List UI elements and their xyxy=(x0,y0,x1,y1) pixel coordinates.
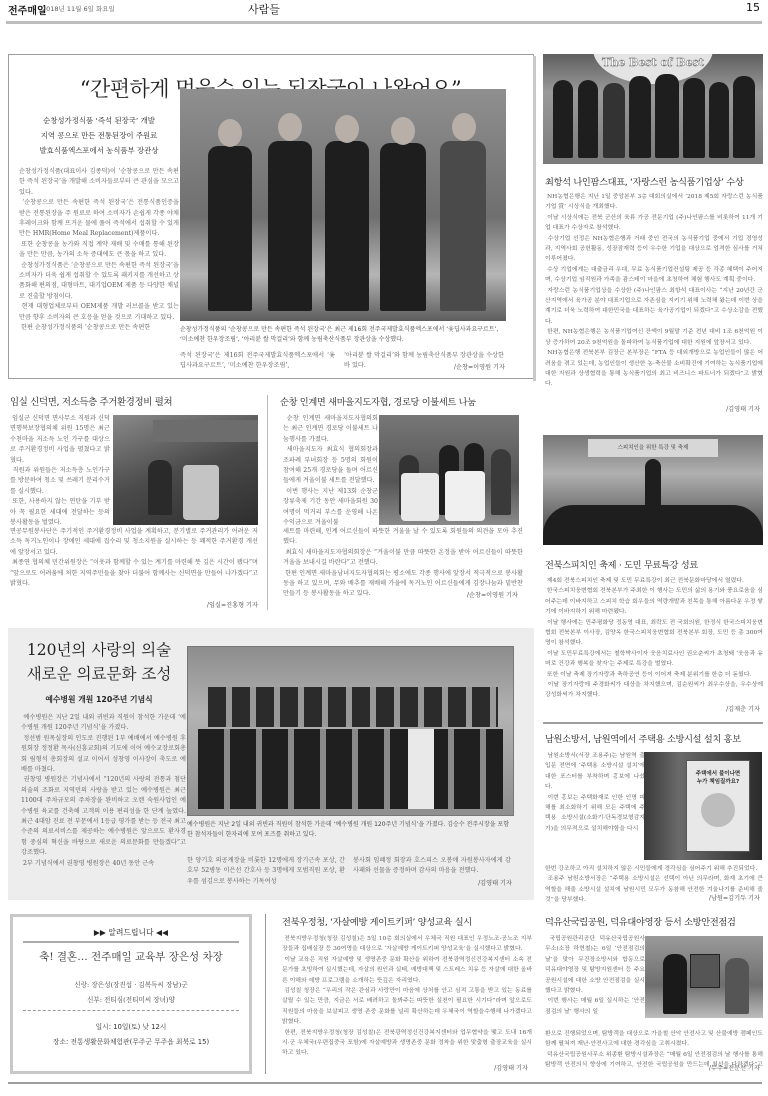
lead-body-col2: 즉석 된장국’은 제16회 전주국제발효식품엑스포에서 ‘옻딥사과요구르트’, … xyxy=(180,351,335,373)
person-head xyxy=(391,117,415,145)
poster: 주택에서 불이나면 누가 책임질까요? xyxy=(686,760,750,852)
sunchang-photo xyxy=(379,415,519,525)
group-front-row xyxy=(198,729,503,809)
lead-article: “간편하게 먹을수 있는 된장국이 나왔어요” 순창성가정식품 ‘즉석 된장국’… xyxy=(8,54,534,379)
issue-date: 2018년 11월 6일 화요일 xyxy=(42,4,115,13)
person-figure xyxy=(655,74,679,158)
lead-photo xyxy=(180,89,506,321)
hospital-headline-1: 120년의 사랑의 의술 xyxy=(8,638,190,660)
right-top-headline: 최항석 나인팜스대표, ‘자랑스런 농식품기업상’ 수상 xyxy=(545,174,765,188)
sunchang-byline: /순창=이영원 기자 xyxy=(467,590,518,599)
poster-line-2: 누가 책임질까요? xyxy=(687,777,749,785)
person-head xyxy=(278,113,302,141)
hospital-headline-2: 새로운 의료문화 조성 xyxy=(8,662,190,684)
notice-dashed-rule xyxy=(23,1010,239,1011)
white-coat-figure xyxy=(408,729,434,809)
page-number: 15 xyxy=(746,1,760,14)
imsil-byline: /임실=진홍형 기자 xyxy=(10,600,258,609)
deogyusan-byline: /무주=전문선 기자 xyxy=(709,1063,760,1072)
column-divider xyxy=(265,914,266,1074)
person-head xyxy=(335,115,359,143)
person-figure xyxy=(440,141,486,311)
paper-name: 전주매일 xyxy=(8,2,47,17)
poster-illustration xyxy=(701,793,735,827)
person-figure xyxy=(603,83,625,158)
person-figure xyxy=(578,80,598,158)
imsil-body-top: 임실군 신덕면 면사무소 직원과 신덕면행복보장협의체 위원 15명은 최근 수… xyxy=(10,414,110,526)
hospital-body: 예수병원은 지난 2일 내외 귀빈과 직원이 참석한 가운데 ‘예수병원 개원 … xyxy=(21,713,186,895)
person-figure xyxy=(491,449,511,515)
blanket-bundle xyxy=(445,471,485,521)
namwon-headline: 남원소방서, 남원역에서 주택용 소방시설 설치 홍보 xyxy=(545,731,765,745)
speech-banner-text: 스피치인을 위한 특강 및 축제 xyxy=(593,443,713,451)
speech-headline: 전북스피치인 축제 · 도민 무료특강 성료 xyxy=(545,557,765,571)
blanket-bundle xyxy=(401,473,439,521)
deogyusan-body-top: 국립공원관리공단 덕유산국립공원사무소(소장 하현철)는 6일 ‘안전점검의 날… xyxy=(545,934,645,1030)
person-head xyxy=(452,113,476,141)
person-head xyxy=(218,119,242,147)
notice-datetime: 일시: 10일(토) 낮 12시 xyxy=(13,1021,249,1031)
lead-body: 순창성가정식품(대표이사 김종덕)이 ‘순창콩으로 만든 속편한 즉석 된장국’… xyxy=(19,167,179,367)
person-figure xyxy=(380,143,426,311)
notice-title: 축! 결혼… 전주매일 교육부 장은성 차장 xyxy=(13,949,249,964)
section-title: 사람들 xyxy=(248,1,280,17)
sunchang-headline: 순창 인계면 새마을지도자협, 경로당 이불세트 나눔 xyxy=(280,394,540,408)
panel-box xyxy=(690,954,720,988)
speech-photo: 스피치인을 위한 특강 및 축제 xyxy=(543,435,763,545)
postal-body: 전북지방우정청(청장 김성칠)은 5일 10층 회의실에서 우체국 직원 대표인… xyxy=(282,934,532,1069)
imsil-photo xyxy=(113,415,258,525)
section-rule xyxy=(543,722,763,724)
hospital-body-col2: 한 양기호 의공계장을 비롯한 12명에게 장기근속 포상, 간호부 52병동 … xyxy=(187,856,345,890)
lead-subhead-3: 발효식품엑스포에서 농식품부 장관상 xyxy=(19,143,179,158)
notice-label: ▶▶ 알려드립니다 ◀◀ xyxy=(13,927,249,938)
poster-line-1: 주택에서 불이나면 xyxy=(687,769,749,777)
header-rule xyxy=(6,21,762,24)
notice-groom: 신랑: 장은성(장진섭 · 김복득씨 장남)군 xyxy=(13,979,249,989)
hospital-photo-caption: 예수병원은 지난 2일 내외 귀빈과 직원이 참석한 가운데 ‘예수병원 개원 … xyxy=(187,820,514,840)
lead-subheads: 순창성가정식품 ‘즉석 된장국’ 개발 지역 콩으로 만든 전통된장이 주원료 … xyxy=(19,113,179,158)
person-figure xyxy=(663,954,687,1014)
photo-banner-text: The Best of Best xyxy=(543,56,763,69)
person-figure xyxy=(629,76,651,158)
namwon-photo: 주택에서 불이나면 누가 책임질까요? xyxy=(644,752,762,860)
speech-body: 제4회 전북스피치인 축제 및 도민 무료특강이 최근 전북문화마당에서 열렸다… xyxy=(545,576,763,708)
notice-venue: 장소: 전통생활문화체험관(무주군 무주읍 최북로 15) xyxy=(13,1036,249,1046)
person-figure xyxy=(148,460,172,515)
hospital-byline: /김영태 기자 xyxy=(478,878,512,887)
bottom-rule xyxy=(8,1082,762,1084)
notice-bride: 신부: 전티심(전티미씨 장녀)양 xyxy=(13,994,249,1004)
person-figure xyxy=(709,82,729,158)
hospital-subhead: 예수병원 개원 120주년 기념식 xyxy=(8,694,190,705)
imsil-headline: 임실 신덕면, 저소득층 주거환경정비 펼쳐 xyxy=(10,394,270,408)
person-figure xyxy=(733,76,755,158)
person-figure xyxy=(268,141,312,311)
lead-photo-caption: 순창성가정식품의 ‘순창콩으로 만든 속편한 즉석 된장국’은 최근 제16회 … xyxy=(180,325,506,345)
hospital-panel: 120년의 사랑의 의술 새로운 의료문화 조성 예수병원 개원 120주년 기… xyxy=(8,628,534,900)
notice-box: ▶▶ 알려드립니다 ◀◀ 축! 결혼… 전주매일 교육부 장은성 차장 신랑: … xyxy=(10,914,252,1074)
right-top-photo: The Best of Best xyxy=(543,54,763,164)
notice-label-rule xyxy=(23,941,239,943)
lead-byline: /순창=이영원 기자 xyxy=(454,362,505,371)
group-back-row xyxy=(208,687,498,727)
sunchang-body-top: 순창 인계면 새마을지도자협의회는 최근 인계면 경로당 이불세트 나눔행사를 … xyxy=(283,414,378,526)
person-figure xyxy=(325,141,369,311)
postal-headline: 전북우정청, ‘자살예방 게이트키퍼’ 양성교육 실시 xyxy=(282,914,537,928)
person-figure xyxy=(208,146,252,311)
page-header: 전주매일 2018년 11월 6일 화요일 사람들 15 xyxy=(8,2,760,16)
person-figure xyxy=(725,958,749,1014)
postal-byline: /김영태 기자 xyxy=(494,1063,528,1072)
namwon-byline: /남원=김기두 기자 xyxy=(709,893,760,902)
column-divider xyxy=(267,395,268,610)
hospital-photo xyxy=(187,646,514,816)
right-top-byline: /김영태 기자 xyxy=(726,404,760,413)
lead-box-shadow xyxy=(533,56,536,381)
person-figure xyxy=(683,78,705,158)
roof-shape xyxy=(153,420,258,442)
lead-subhead-2: 지역 콩으로 만든 전통된장이 주원료 xyxy=(19,128,179,143)
right-top-body: NH농협은행은 지난 1일 중앙본부 3층 대회의실에서 ‘2018 제5회 자… xyxy=(545,192,763,410)
person-figure xyxy=(553,80,573,158)
bag-shape xyxy=(183,465,219,520)
audience-shape xyxy=(543,505,763,545)
lead-subhead-1: 순창성가정식품 ‘즉석 된장국’ 개발 xyxy=(19,113,179,128)
deogyusan-photo xyxy=(645,936,763,1018)
imsil-body-bottom: 면공무원봉사단은 주기적인 주거환경정비 사업을 계획하고, 분기별로 주거관리… xyxy=(10,527,258,599)
speech-byline: /김재춘 기자 xyxy=(726,704,760,713)
namwon-body-top: 남원소방서(서장 조용주)는 남원역 출입문 전면에 ‘주택용 소방시설 설치’… xyxy=(545,751,645,863)
deogyusan-headline: 덕유산국립공원, 덕유대야영장 등서 소방안전점검 xyxy=(545,914,765,928)
